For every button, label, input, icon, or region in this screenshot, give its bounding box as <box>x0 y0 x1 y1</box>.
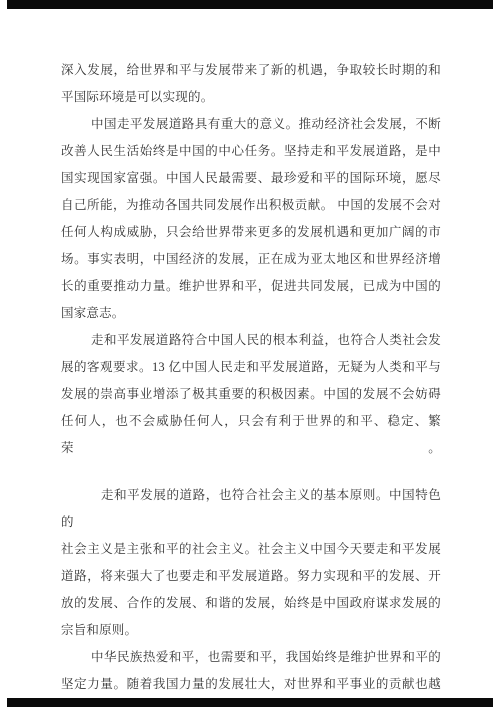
text-line: 任何人构成威胁，只会给世界带来更多的发展机遇和更加广阔的市 <box>61 219 441 246</box>
text-line: 放的发展、合作的发展、和谐的发展，始终是中国政府谋求发展的 <box>61 590 441 617</box>
text-line: 道路，将来强大了也要走和平发展道路。努力实现和平的发展、开 <box>61 563 441 590</box>
text-line: 展的客观要求。13 亿中国人民走和平发展道路，无疑为人类和平与 <box>61 354 441 381</box>
page-separator-bottom-bar <box>7 698 493 707</box>
text-line: 改善人民生活始终是中国的中心任务。坚持走和平发展道路，是中 <box>61 138 441 165</box>
text-line: 中国走平发展道路具有重大的意义。推动经济社会发展，不断 <box>61 111 441 138</box>
page-separator-top-bar <box>7 0 493 9</box>
text-line: 自己所能，为推动各国共同发展作出积极贡献。 中国的发展不会对 <box>61 192 441 219</box>
text-line: 平国际环境是可以实现的。 <box>61 84 441 111</box>
document-page: 深入发展，给世界和平与发展带来了新的机遇，争取较长时期的和平国际环境是可以实现的… <box>0 0 500 707</box>
text-line: 发展的崇高事业增添了极其重要的积极因素。中国的发展不会妨碍 <box>61 381 441 408</box>
text-line: 国实现国家富强。中国人民最需要、最珍爱和平的国际环境，愿尽 <box>61 165 441 192</box>
text-line: 任何人，也不会威胁任何人，只会有利于世界的和平、稳定、繁荣。 <box>61 408 441 462</box>
text-line: 场。事实表明，中国经济的发展，正在成为亚太地区和世界经济增 <box>61 246 441 273</box>
text-line: 走和平发展道路符合中国人民的根本利益，也符合人类社会发 <box>61 327 441 354</box>
text-column: 深入发展，给世界和平与发展带来了新的机遇，争取较长时期的和平国际环境是可以实现的… <box>61 57 441 698</box>
text-line: 社会主义是主张和平的社会主义。社会主义中国今天要走和平发展 <box>61 536 441 563</box>
text-line: 深入发展，给世界和平与发展带来了新的机遇，争取较长时期的和 <box>61 57 441 84</box>
text-line: 走和平发展的道路，也符合社会主义的基本原则。中国特色的 <box>61 482 441 536</box>
text-line: 中华民族热爱和平，也需要和平，我国始终是维护世界和平的 <box>61 644 441 671</box>
text-line: 国家意志。 <box>61 300 441 327</box>
text-line: 长的重要推动力量。维护世界和平，促进共同发展，已成为中国的 <box>61 273 441 300</box>
text-line: 宗旨和原则。 <box>61 617 441 644</box>
text-line: 坚定力量。随着我国力量的发展壮大，对世界和平事业的贡献也越 <box>61 671 441 698</box>
